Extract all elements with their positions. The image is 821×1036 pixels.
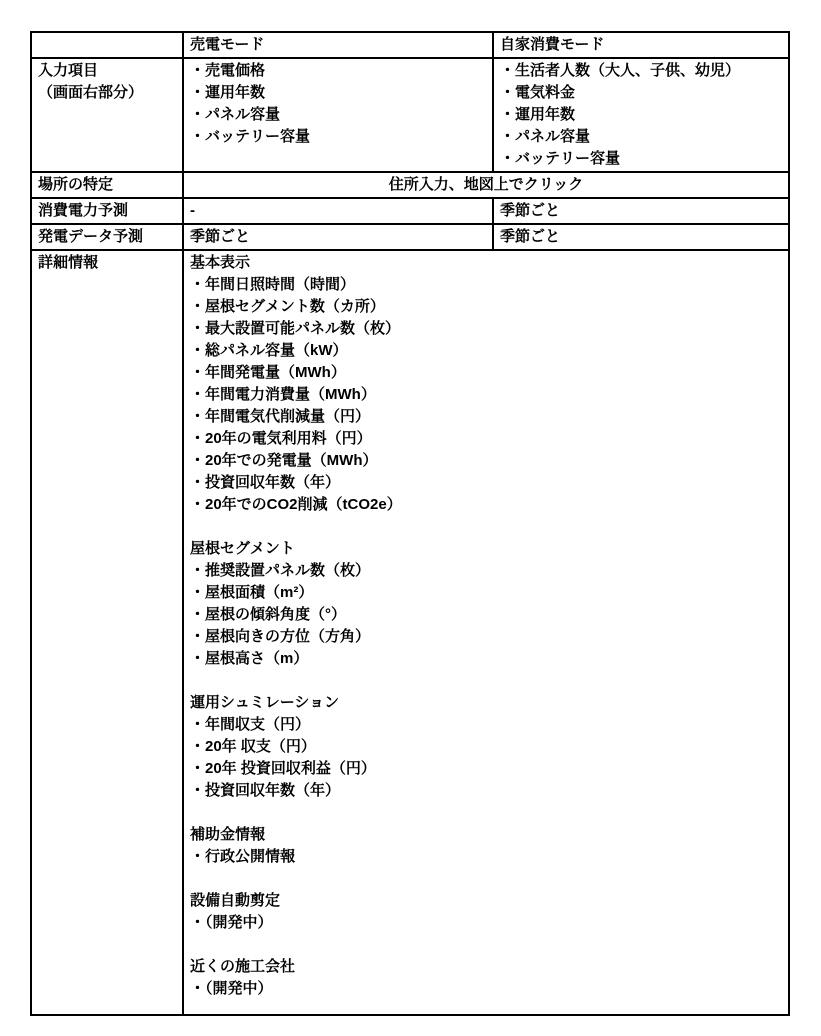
input-item: ・パネル容量 bbox=[190, 104, 486, 126]
details-line: ・屋根高さ（m） bbox=[190, 648, 782, 670]
details-line: ・20年 投資回収利益（円） bbox=[190, 758, 782, 780]
details-line: ・年間収支（円） bbox=[190, 714, 782, 736]
location-row: 場所の特定 住所入力、地図上でクリック bbox=[31, 172, 789, 198]
details-line: ・20年 収支（円） bbox=[190, 736, 782, 758]
input-item: ・バッテリー容量 bbox=[190, 126, 486, 148]
input-items-label-line: 入力項目 bbox=[38, 60, 176, 82]
details-line: ・投資回収年数（年） bbox=[190, 472, 782, 494]
details-line: ・20年での発電量（MWh） bbox=[190, 450, 782, 472]
generation-forecast-self-mode-cell: 季節ごと bbox=[493, 224, 789, 250]
details-line: ・（開発中） bbox=[190, 912, 782, 934]
details-line: ・屋根面積（m²） bbox=[190, 582, 782, 604]
details-line bbox=[190, 934, 782, 956]
details-line: ・屋根セグメント数（カ所） bbox=[190, 296, 782, 318]
input-item: ・バッテリー容量 bbox=[500, 148, 782, 170]
details-line: ・総パネル容量（kW） bbox=[190, 340, 782, 362]
details-row: 詳細情報 基本表示・年間日照時間（時間）・屋根セグメント数（カ所）・最大設置可能… bbox=[31, 250, 789, 1015]
details-line: 屋根セグメント bbox=[190, 538, 782, 560]
details-line bbox=[190, 802, 782, 824]
input-item: ・生活者人数（大人、子供、幼児） bbox=[500, 60, 782, 82]
input-items-label-lines: 入力項目（画面右部分） bbox=[38, 60, 176, 104]
details-line: ・最大設置可能パネル数（枚） bbox=[190, 318, 782, 340]
input-items-row: 入力項目（画面右部分） ・売電価格・運用年数・パネル容量・バッテリー容量 ・生活… bbox=[31, 58, 789, 172]
details-content-cell: 基本表示・年間日照時間（時間）・屋根セグメント数（カ所）・最大設置可能パネル数（… bbox=[183, 250, 789, 1015]
generation-forecast-sale-mode-cell: 季節ごと bbox=[183, 224, 493, 250]
input-item: ・売電価格 bbox=[190, 60, 486, 82]
details-line: ・行政公開情報 bbox=[190, 846, 782, 868]
generation-forecast-label-cell: 発電データ予測 bbox=[31, 224, 183, 250]
input-item: ・電気料金 bbox=[500, 82, 782, 104]
header-self-consumption-mode-cell: 自家消費モード bbox=[493, 32, 789, 58]
consumption-forecast-self-mode-cell: 季節ごと bbox=[493, 198, 789, 224]
input-item: ・パネル容量 bbox=[500, 126, 782, 148]
consumption-forecast-row: 消費電力予測 - 季節ごと bbox=[31, 198, 789, 224]
details-line: ・年間電気代削減量（円） bbox=[190, 406, 782, 428]
details-line: 運用シュミレーション bbox=[190, 692, 782, 714]
input-items-label-cell: 入力項目（画面右部分） bbox=[31, 58, 183, 172]
details-label-cell: 詳細情報 bbox=[31, 250, 183, 1015]
details-line bbox=[190, 868, 782, 890]
location-label-cell: 場所の特定 bbox=[31, 172, 183, 198]
input-item: ・運用年数 bbox=[500, 104, 782, 126]
details-line: 補助金情報 bbox=[190, 824, 782, 846]
details-line bbox=[190, 516, 782, 538]
consumption-forecast-label-cell: 消費電力予測 bbox=[31, 198, 183, 224]
location-value-cell: 住所入力、地図上でクリック bbox=[183, 172, 789, 198]
input-items-self-mode-cell: ・生活者人数（大人、子供、幼児）・電気料金・運用年数・パネル容量・バッテリー容量 bbox=[493, 58, 789, 172]
details-line: ・年間電力消費量（MWh） bbox=[190, 384, 782, 406]
details-line: ・屋根向きの方位（方角） bbox=[190, 626, 782, 648]
details-line: ・推奨設置パネル数（枚） bbox=[190, 560, 782, 582]
input-items-self-mode-list: ・生活者人数（大人、子供、幼児）・電気料金・運用年数・パネル容量・バッテリー容量 bbox=[500, 60, 782, 170]
details-line: 近くの施工会社 bbox=[190, 956, 782, 978]
details-line: ・年間日照時間（時間） bbox=[190, 274, 782, 296]
details-line: 設備自動剪定 bbox=[190, 890, 782, 912]
input-items-sale-mode-cell: ・売電価格・運用年数・パネル容量・バッテリー容量 bbox=[183, 58, 493, 172]
header-empty-cell bbox=[31, 32, 183, 58]
details-line: ・投資回収年数（年） bbox=[190, 780, 782, 802]
mode-comparison-table: 売電モード 自家消費モード 入力項目（画面右部分） ・売電価格・運用年数・パネル… bbox=[30, 31, 790, 1016]
generation-forecast-row: 発電データ予測 季節ごと 季節ごと bbox=[31, 224, 789, 250]
details-line: ・屋根の傾斜角度（°） bbox=[190, 604, 782, 626]
input-items-label-line: （画面右部分） bbox=[38, 82, 176, 104]
details-line: 基本表示 bbox=[190, 252, 782, 274]
details-line: ・20年の電気利用料（円） bbox=[190, 428, 782, 450]
details-line: ・（開発中） bbox=[190, 978, 782, 1000]
header-sale-mode-cell: 売電モード bbox=[183, 32, 493, 58]
details-line: ・年間発電量（MWh） bbox=[190, 362, 782, 384]
input-items-sale-mode-list: ・売電価格・運用年数・パネル容量・バッテリー容量 bbox=[190, 60, 486, 148]
header-row: 売電モード 自家消費モード bbox=[31, 32, 789, 58]
details-line: ・20年でのCO2削減（tCO2e） bbox=[190, 494, 782, 516]
consumption-forecast-sale-mode-cell: - bbox=[183, 198, 493, 224]
details-lines: 基本表示・年間日照時間（時間）・屋根セグメント数（カ所）・最大設置可能パネル数（… bbox=[190, 252, 782, 1000]
details-line bbox=[190, 670, 782, 692]
input-item: ・運用年数 bbox=[190, 82, 486, 104]
